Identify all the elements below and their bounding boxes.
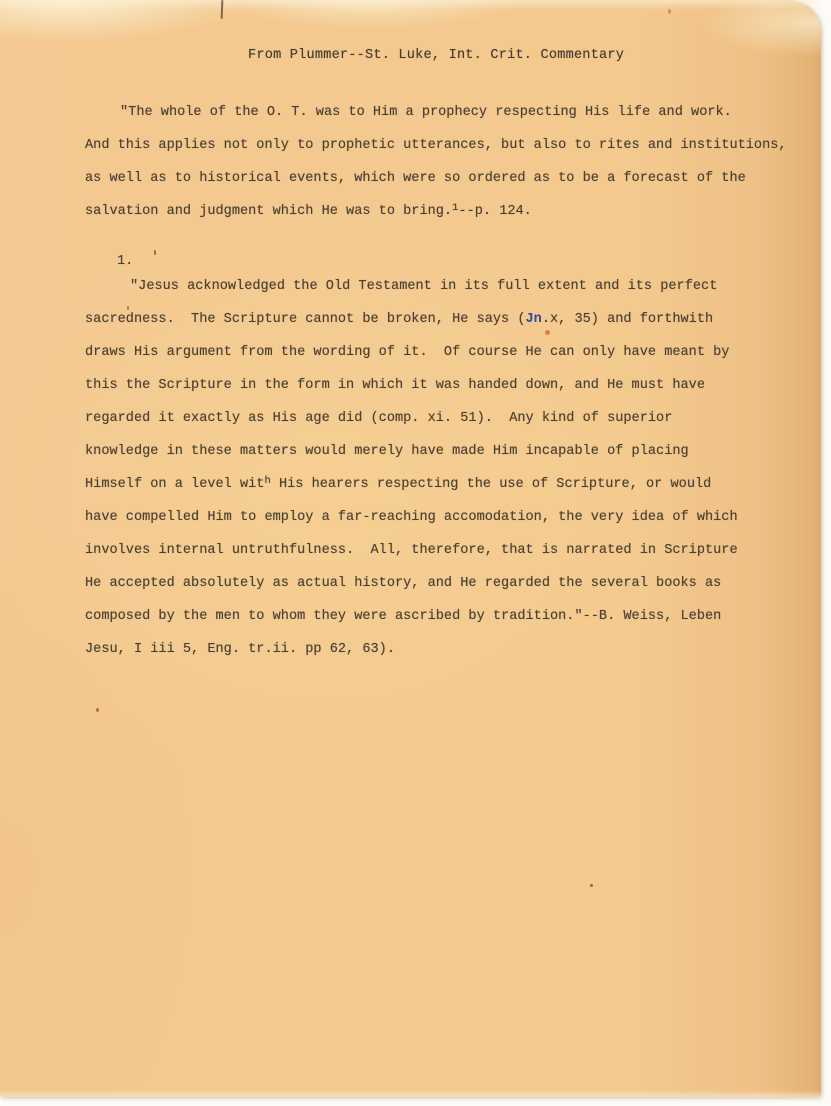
document-page: From Plummer--St. Luke, Int. Crit. Comme… [0,0,821,1097]
text-line: this the Scripture in the form in which … [85,369,800,402]
text-line: He accepted absolutely as actual history… [85,567,800,600]
text-segment: Himself on a level wit [85,477,264,492]
text-line: composed by the men to whom they were as… [85,600,800,633]
text-segment: --p. 124. [458,204,531,219]
worn-top-edge [0,0,821,10]
ink-speck [545,330,550,335]
text-line: Jesu, I iii 5, Eng. tr.ii. pp 62, 63). [85,633,800,666]
ink-speck [590,884,593,887]
text-segment: His hearers respecting the use of Script… [271,477,712,492]
text-segment: .x, 35) and forthwith [542,312,713,327]
paper-blemish [668,9,671,14]
quote-paragraph-weiss: "Jesus acknowledged the Old Testament in… [85,270,800,666]
text-line: involves internal untruthfulness. All, t… [85,534,800,567]
text-line: draws His argument from the wording of i… [85,336,800,369]
text-line: as well as to historical events, which w… [85,162,800,195]
stray-typewriter-mark [154,250,156,255]
text-line: knowledge in these matters would merely … [85,435,800,468]
text-line: have compelled Him to employ a far-reach… [85,501,800,534]
text-line: sacredness. The Scripture cannot be brok… [85,303,800,336]
text-segment: sacredness. The Scripture cannot be brok… [85,312,526,327]
text-line: salvation and judgment which He was to b… [85,195,800,228]
pen-mark [221,0,224,19]
handwritten-annotation: Jn [526,312,542,327]
ink-speck [96,708,99,712]
text-line: "Jesus acknowledged the Old Testament in… [85,270,800,303]
worn-bottom-edge [0,1090,821,1097]
footnote-marker: 1. [117,254,133,269]
text-segment: salvation and judgment which He was to b… [85,204,452,219]
text-line: regarded it exactly as His age did (comp… [85,402,800,435]
text-line: Himself on a level with His hearers resp… [85,468,800,501]
stray-typewriter-mark [127,306,129,310]
text-line: And this applies not only to prophetic u… [85,129,800,162]
text-line: "The whole of the O. T. was to Him a pro… [85,96,800,129]
quote-paragraph-plummer: "The whole of the O. T. was to Him a pro… [85,96,800,228]
document-title: From Plummer--St. Luke, Int. Crit. Comme… [248,46,624,66]
